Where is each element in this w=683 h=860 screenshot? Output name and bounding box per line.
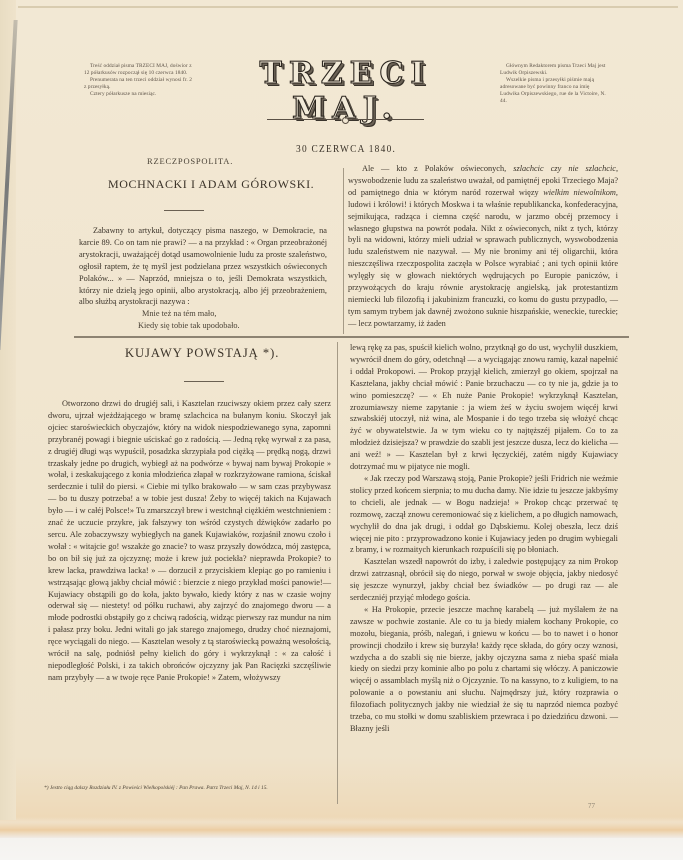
italic-text: szlachcic czy nie szlachcic [513, 164, 616, 173]
page-number: 77 [588, 802, 595, 810]
notice-line: Cztery półarkusze na miesiąc. [84, 91, 194, 98]
paragraph: lewą rękę za pas, spuścił kielich wolno,… [350, 342, 618, 473]
section-divider [74, 336, 629, 338]
article2-title: KUJAWY POWSTAJĄ *). [125, 346, 279, 361]
notice-line: Treść oddział pisma TRZECI MAJ, doświor … [84, 63, 194, 77]
article2-left-column: Otworzono drzwi do drugiéj sali, i Kaszt… [48, 398, 331, 684]
column-divider [337, 342, 338, 804]
text: , ludowi i królowi! i których Moskwa i t… [348, 188, 618, 328]
paragraph: Otworzono drzwi do drugiéj sali, i Kaszt… [48, 398, 331, 684]
verse-line: Kiedy się tobie tak upodobało. [138, 320, 240, 332]
page-bottom-edge [0, 822, 683, 838]
article2-right-column: lewą rękę za pas, spuścił kielich wolno,… [350, 342, 618, 735]
verse-line: Mnie też na tém mało, [138, 308, 240, 320]
footnote: *) Jestto ciąg dalszy Rozdziału IV. z Po… [44, 785, 329, 792]
top-fold [18, 6, 678, 8]
paragraph: Kasztelan wszedł napowrót do izby, i zal… [350, 556, 618, 604]
section-label: RZECZPOSPOLITA. [147, 156, 233, 166]
issue-date: 30 CZERWCA 1840. [296, 143, 396, 155]
short-rule [184, 381, 224, 382]
article1-left-column: Zabawny to artykuł, dotyczący pisma nasz… [79, 225, 327, 308]
verse-quote: Mnie też na tém mało, Kiedy się tobie ta… [138, 308, 240, 332]
paragraph: « Jak rzeczy pod Warszawą stoją, Panie P… [350, 473, 618, 556]
paragraph: « Ha Prokopie, przecie jeszcze machnę ka… [350, 604, 618, 735]
article-title: MOCHNACKI I ADAM GÓROWSKI. [108, 177, 314, 192]
masthead-right-notice: Głównym Redaktorem pisma Trzeci Maj jest… [500, 63, 606, 105]
notice-line: Prenumerata na ten trzeci oddział wynosi… [84, 77, 194, 91]
ornament-icon [342, 117, 349, 124]
notice-line: Wszelkie pisma i przesyłki piśmie mają a… [500, 77, 606, 105]
paragraph: Zabawny to artykuł, dotyczący pisma nasz… [79, 225, 327, 308]
italic-text: wielkim niewolnikom [543, 188, 616, 197]
article1-right-column: Ale — kto z Polaków oświeconych, szlachc… [348, 163, 618, 330]
masthead-left-notice: Treść oddział pisma TRZECI MAJ, doświor … [84, 63, 194, 98]
masthead-title: TRZECI MAJ. [203, 56, 488, 126]
notice-line: Głównym Redaktorem pisma Trzeci Maj jest… [500, 63, 606, 77]
column-divider [343, 168, 344, 334]
text: Ale — kto z Polaków oświeconych, [362, 164, 513, 173]
newspaper-page: Treść oddział pisma TRZECI MAJ, doświor … [0, 0, 683, 860]
paragraph: Ale — kto z Polaków oświeconych, szlachc… [348, 163, 618, 330]
short-rule [164, 210, 204, 211]
ornamental-rule [267, 117, 424, 123]
